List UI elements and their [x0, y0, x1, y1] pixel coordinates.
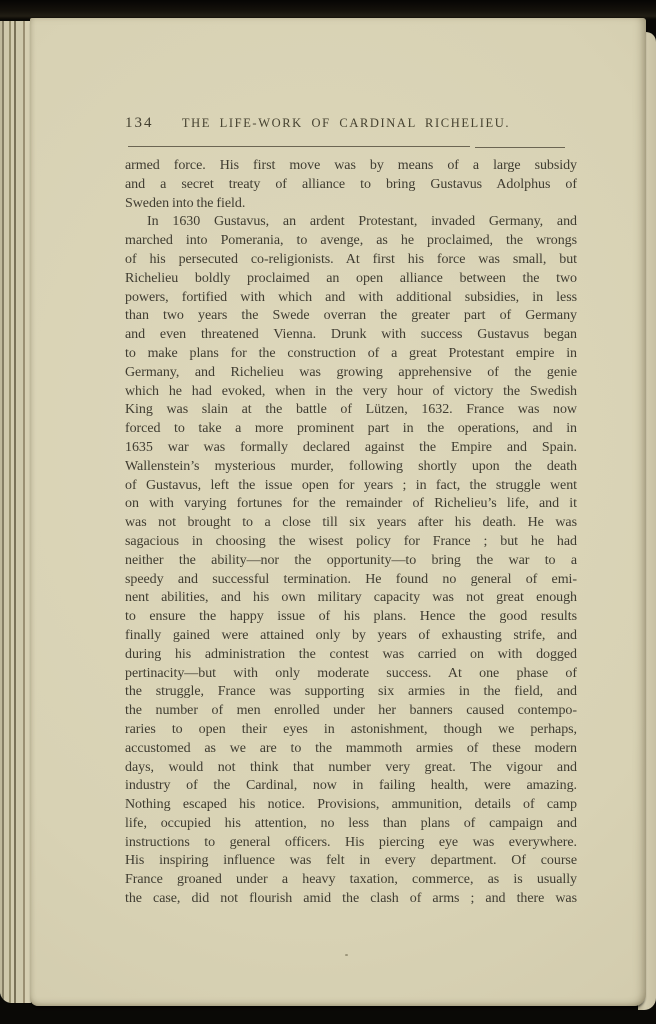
- text-line: than two years the Swede overran the gre…: [125, 307, 577, 326]
- text-line: days, would not think that number very g…: [125, 759, 577, 778]
- text-line: pertinacity—but with only moderate succe…: [125, 665, 577, 684]
- text-line: which he had evoked, when in the very ho…: [125, 383, 577, 402]
- text-line: France groaned under a heavy taxation, c…: [125, 871, 577, 890]
- text-line: and even threatened Vienna. Drunk with s…: [125, 326, 577, 345]
- text-line: of his persecuted co-religionists. At fi…: [125, 251, 577, 270]
- text-line: sagacious in choosing the wisest policy …: [125, 533, 577, 552]
- page-edge-stripe: [16, 21, 23, 1003]
- text-body: armed force. His first move was by means…: [125, 157, 577, 909]
- text-line: the number of men enrolled under her ban…: [125, 702, 577, 721]
- text-line: forced to take a more prominent part in …: [125, 420, 577, 439]
- text-line: Wallenstein’s mysterious murder, followi…: [125, 458, 577, 477]
- left-page-edges: [0, 21, 31, 1003]
- header-rule-left: [128, 146, 470, 147]
- text-line: In 1630 Gustavus, an ardent Protestant, …: [125, 213, 577, 232]
- text-line: raries to open their eyes in astonishmen…: [125, 721, 577, 740]
- text-line: on with varying fortunes for the remaind…: [125, 495, 577, 514]
- running-title: THE LIFE-WORK OF CARDINAL RICHELIEU.: [120, 116, 572, 131]
- text-line: to ensure the happy issue of his plans. …: [125, 608, 577, 627]
- text-line: His inspiring influence was felt in ever…: [125, 852, 577, 871]
- text-line: Germany, and Richelieu was growing appre…: [125, 364, 577, 383]
- text-line: during his administration the contest wa…: [125, 646, 577, 665]
- text-line: instructions to general officers. His pi…: [125, 834, 577, 853]
- text-line: the struggle, France was supporting six …: [125, 683, 577, 702]
- text-line: marched into Pomerania, to avenge, as he…: [125, 232, 577, 251]
- text-line: Richelieu boldly proclaimed an open alli…: [125, 270, 577, 289]
- text-line: powers, fortified with which and with ad…: [125, 289, 577, 308]
- text-line: industry of the Cardinal, now in failing…: [125, 777, 577, 796]
- text-line: finally gained were attained only by yea…: [125, 627, 577, 646]
- text-line: accustomed as we are to the mammoth armi…: [125, 740, 577, 759]
- header-rule: [125, 146, 577, 149]
- text-line: 1635 war was formally declared against t…: [125, 439, 577, 458]
- header-rule-right: [475, 147, 565, 148]
- text-line: armed force. His first move was by means…: [125, 157, 577, 176]
- book-scan-viewport: { "page": { "header": { "page_number": "…: [0, 0, 656, 1024]
- text-line: and a secret treaty of alliance to bring…: [125, 176, 577, 195]
- paper-speck: [345, 954, 348, 956]
- text-line: speedy and successful termination. He fo…: [125, 571, 577, 590]
- text-line: neither the ability—nor the opportunity—…: [125, 552, 577, 571]
- text-line: nent abilities, and his own military cap…: [125, 589, 577, 608]
- running-head: 134 THE LIFE-WORK OF CARDINAL RICHELIEU.: [125, 111, 577, 133]
- text-line: King was slain at the battle of Lützen, …: [125, 401, 577, 420]
- book-cover-top-band: [0, 0, 656, 19]
- text-line: to make plans for the construction of a …: [125, 345, 577, 364]
- text-line: Nothing escaped his notice. Provisions, …: [125, 796, 577, 815]
- text-line: was not brought to a close till six year…: [125, 514, 577, 533]
- text-line: the case, did not flourish amid the clas…: [125, 890, 577, 909]
- text-line: of Gustavus, left the issue open for yea…: [125, 477, 577, 496]
- book-page: 134 THE LIFE-WORK OF CARDINAL RICHELIEU.…: [30, 18, 646, 1006]
- text-line: life, occupied his attention, no less th…: [125, 815, 577, 834]
- text-line: Sweden into the field.: [125, 195, 577, 214]
